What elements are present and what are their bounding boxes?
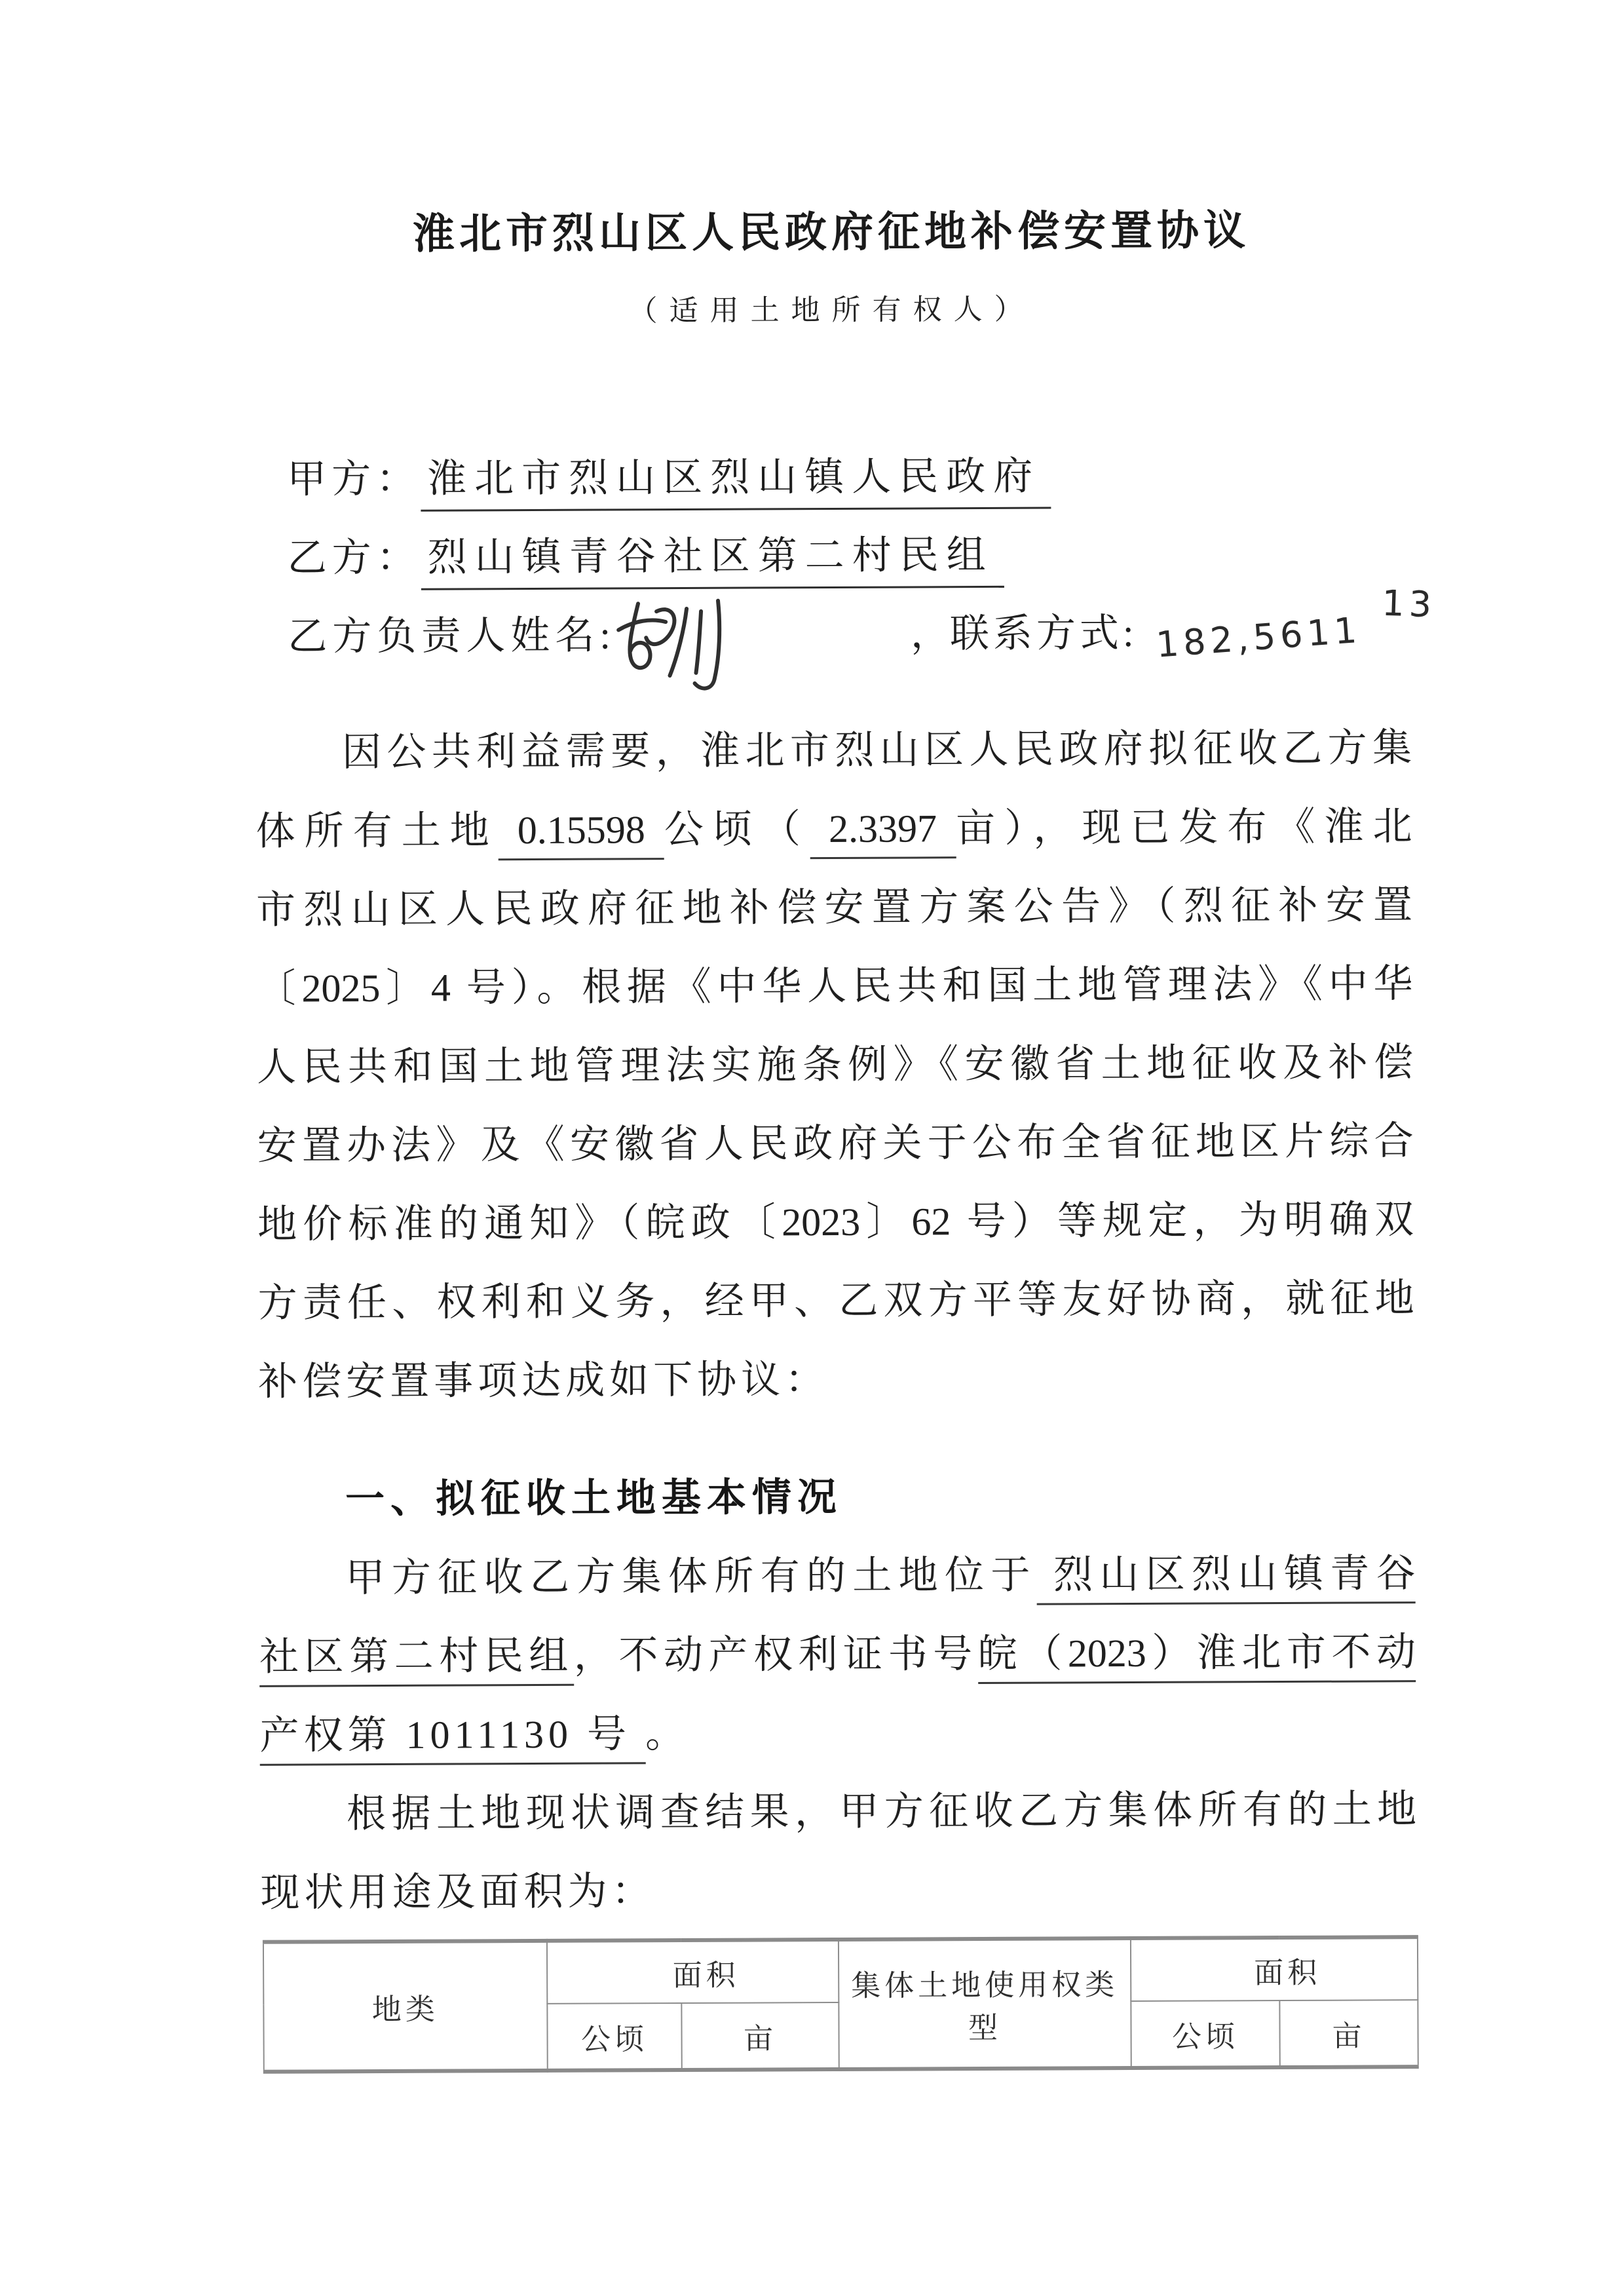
text-line: 市烈山区人民政府征地补偿安置方案公告》（烈征补安置	[256, 866, 1413, 949]
survey-paragraph: 根据土地现状调查结果，甲方征收乙方集体所有的土地现状用途及面积为：	[260, 1770, 1417, 1932]
party-b-line: 乙方：烈山镇青谷社区第二村民组	[254, 514, 1411, 598]
text-line: 现状用途及面积为：	[260, 1848, 1417, 1932]
text-run: 补偿安置事项达成如下协议：	[258, 1358, 829, 1404]
filled-blank: 0.15598	[499, 808, 664, 860]
text-run: 地价标准的通知》（皖政〔2023〕62 号）等规定，为明确双	[257, 1198, 1414, 1246]
text-line: 根据土地现状调查结果，甲方征收乙方集体所有的土地	[260, 1770, 1417, 1854]
filled-blank: 产权第 1011130 号	[259, 1712, 645, 1766]
party-b-label: 乙方：	[288, 536, 421, 580]
party-a-name-filled: 淮北市烈山区烈山镇人民政府	[421, 455, 1051, 512]
header-hectare-left: 公顷	[547, 2003, 681, 2071]
header-mu-left: 亩	[681, 2002, 839, 2070]
text-line: 补偿安置事项达成如下协议：	[258, 1337, 1415, 1421]
filled-blank: 社区第二村民组	[259, 1634, 574, 1687]
text-run: 公顷（	[664, 807, 810, 851]
text-run: 。	[645, 1712, 689, 1755]
handwritten-signature	[616, 597, 744, 676]
text-run: 根据土地现状调查结果，甲方征收乙方集体所有的土地	[347, 1788, 1416, 1835]
text-line: 〔2025〕4 号）。根据《中华人民共和国土地管理法》《中华	[256, 944, 1413, 1028]
document-title: 淮北市烈山区人民政府征地补偿安置协议	[252, 0, 1410, 261]
representative-name-label: 乙方负责人姓名:	[288, 613, 616, 658]
location-paragraph: 甲方征收乙方集体所有的土地位于 烈山区烈山镇青谷社区第二村民组，不动产权利证书号…	[259, 1534, 1416, 1775]
header-land-type: 地类	[263, 1941, 548, 2072]
header-hectare-right: 公顷	[1131, 2000, 1279, 2068]
filled-blank: 2.3397	[810, 807, 956, 859]
scanned-document-page: 淮北市烈山区人民政府征地补偿安置协议 （适用土地所有权人） 甲方：淮北市烈山区烈…	[0, 0, 1624, 2296]
filled-blank: 烈山区烈山镇青谷	[1037, 1552, 1416, 1605]
comma-separator: ，	[911, 612, 950, 655]
contact-label: 联系方式:	[950, 611, 1138, 655]
text-line: 人民共和国土地管理法实施条例》《安徽省土地征收及补偿	[257, 1023, 1414, 1107]
header-area-left: 面积	[547, 1940, 839, 2004]
signature-scribble-icon	[609, 589, 747, 701]
party-a-label: 甲方：	[287, 457, 421, 501]
blank-space	[744, 647, 911, 647]
party-a-line: 甲方：淮北市烈山区烈山镇人民政府	[254, 435, 1411, 519]
document-subtitle: （适用土地所有权人）	[254, 290, 1410, 332]
contact-number-tail: 13	[1381, 564, 1437, 644]
header-area-right: 面积	[1131, 1937, 1418, 2001]
intro-paragraph: 因公共利益需要，淮北市烈山区人民政府拟征收乙方集体所有土地 0.15598 公顷…	[255, 708, 1415, 1421]
text-run: 方责任、权利和义务，经甲、乙双方平等友好协商，就征地	[258, 1276, 1414, 1325]
text-line: 地价标准的通知》（皖政〔2023〕62 号）等规定，为明确双	[257, 1180, 1414, 1264]
text-line: 方责任、权利和义务，经甲、乙双方平等友好协商，就征地	[257, 1259, 1414, 1343]
text-run: 甲方征收乙方集体所有的土地位于	[345, 1554, 1036, 1600]
text-run: 亩），现已发布《淮北	[956, 805, 1412, 850]
text-line: 社区第二村民组，不动产权利证书号皖（2023）淮北市不动	[259, 1613, 1416, 1696]
header-mu-right: 亩	[1279, 2000, 1418, 2067]
text-run: 体所有土地	[255, 809, 499, 853]
text-run: 人民共和国土地管理法实施条例》《安徽省土地征收及补偿	[257, 1041, 1413, 1089]
header-usage-right-type: 集体土地使用权类型	[839, 1938, 1131, 2069]
land-status-table: 地类 面积 集体土地使用权类型 面积 公顷 亩 公顷 亩	[263, 1935, 1419, 2074]
text-run: 市烈山区人民政府征地补偿安置方案公告》（烈征补安置	[256, 883, 1412, 932]
text-line: 体所有土地 0.15598 公顷（ 2.3397 亩），现已发布《淮北	[255, 787, 1412, 871]
text-run: 因公共利益需要，淮北市烈山区人民政府拟征收乙方集	[342, 726, 1412, 774]
contact-number-handwritten: 182,561113	[1154, 585, 1441, 685]
text-run: 〔2025〕4 号）。根据《中华人民共和国土地管理法》《中华	[256, 962, 1412, 1010]
text-run: 安置办法》及《安徽省人民政府关于公布全省征地区片综合	[257, 1119, 1413, 1168]
text-run: ，不动产权利证书号	[574, 1632, 978, 1677]
filled-blank: 皖（2023）淮北市不动	[978, 1630, 1416, 1684]
parties-block: 甲方：淮北市烈山区烈山镇人民政府 乙方：烈山镇青谷社区第二村民组 乙方负责人姓名…	[254, 435, 1412, 678]
party-b-representative-line: 乙方负责人姓名: ，联系方式:182,561113	[255, 592, 1412, 678]
text-line: 产权第 1011130 号 。	[259, 1691, 1416, 1775]
party-b-name-filled: 烈山镇青谷社区第二村民组	[421, 533, 1004, 590]
text-line: 甲方征收乙方集体所有的土地位于 烈山区烈山镇青谷	[259, 1534, 1416, 1618]
text-run: 现状用途及面积为：	[260, 1869, 655, 1915]
document-sheet: 淮北市烈山区人民政府征地补偿安置协议 （适用土地所有权人） 甲方：淮北市烈山区烈…	[252, 0, 1418, 2074]
section-1-heading: 一、拟征收土地基本情况	[259, 1455, 1416, 1539]
text-line: 因公共利益需要，淮北市烈山区人民政府拟征收乙方集	[255, 708, 1412, 792]
contact-number-main: 182,5611	[1155, 609, 1363, 666]
text-line: 安置办法》及《安徽省人民政府关于公布全省征地区片综合	[257, 1101, 1414, 1185]
